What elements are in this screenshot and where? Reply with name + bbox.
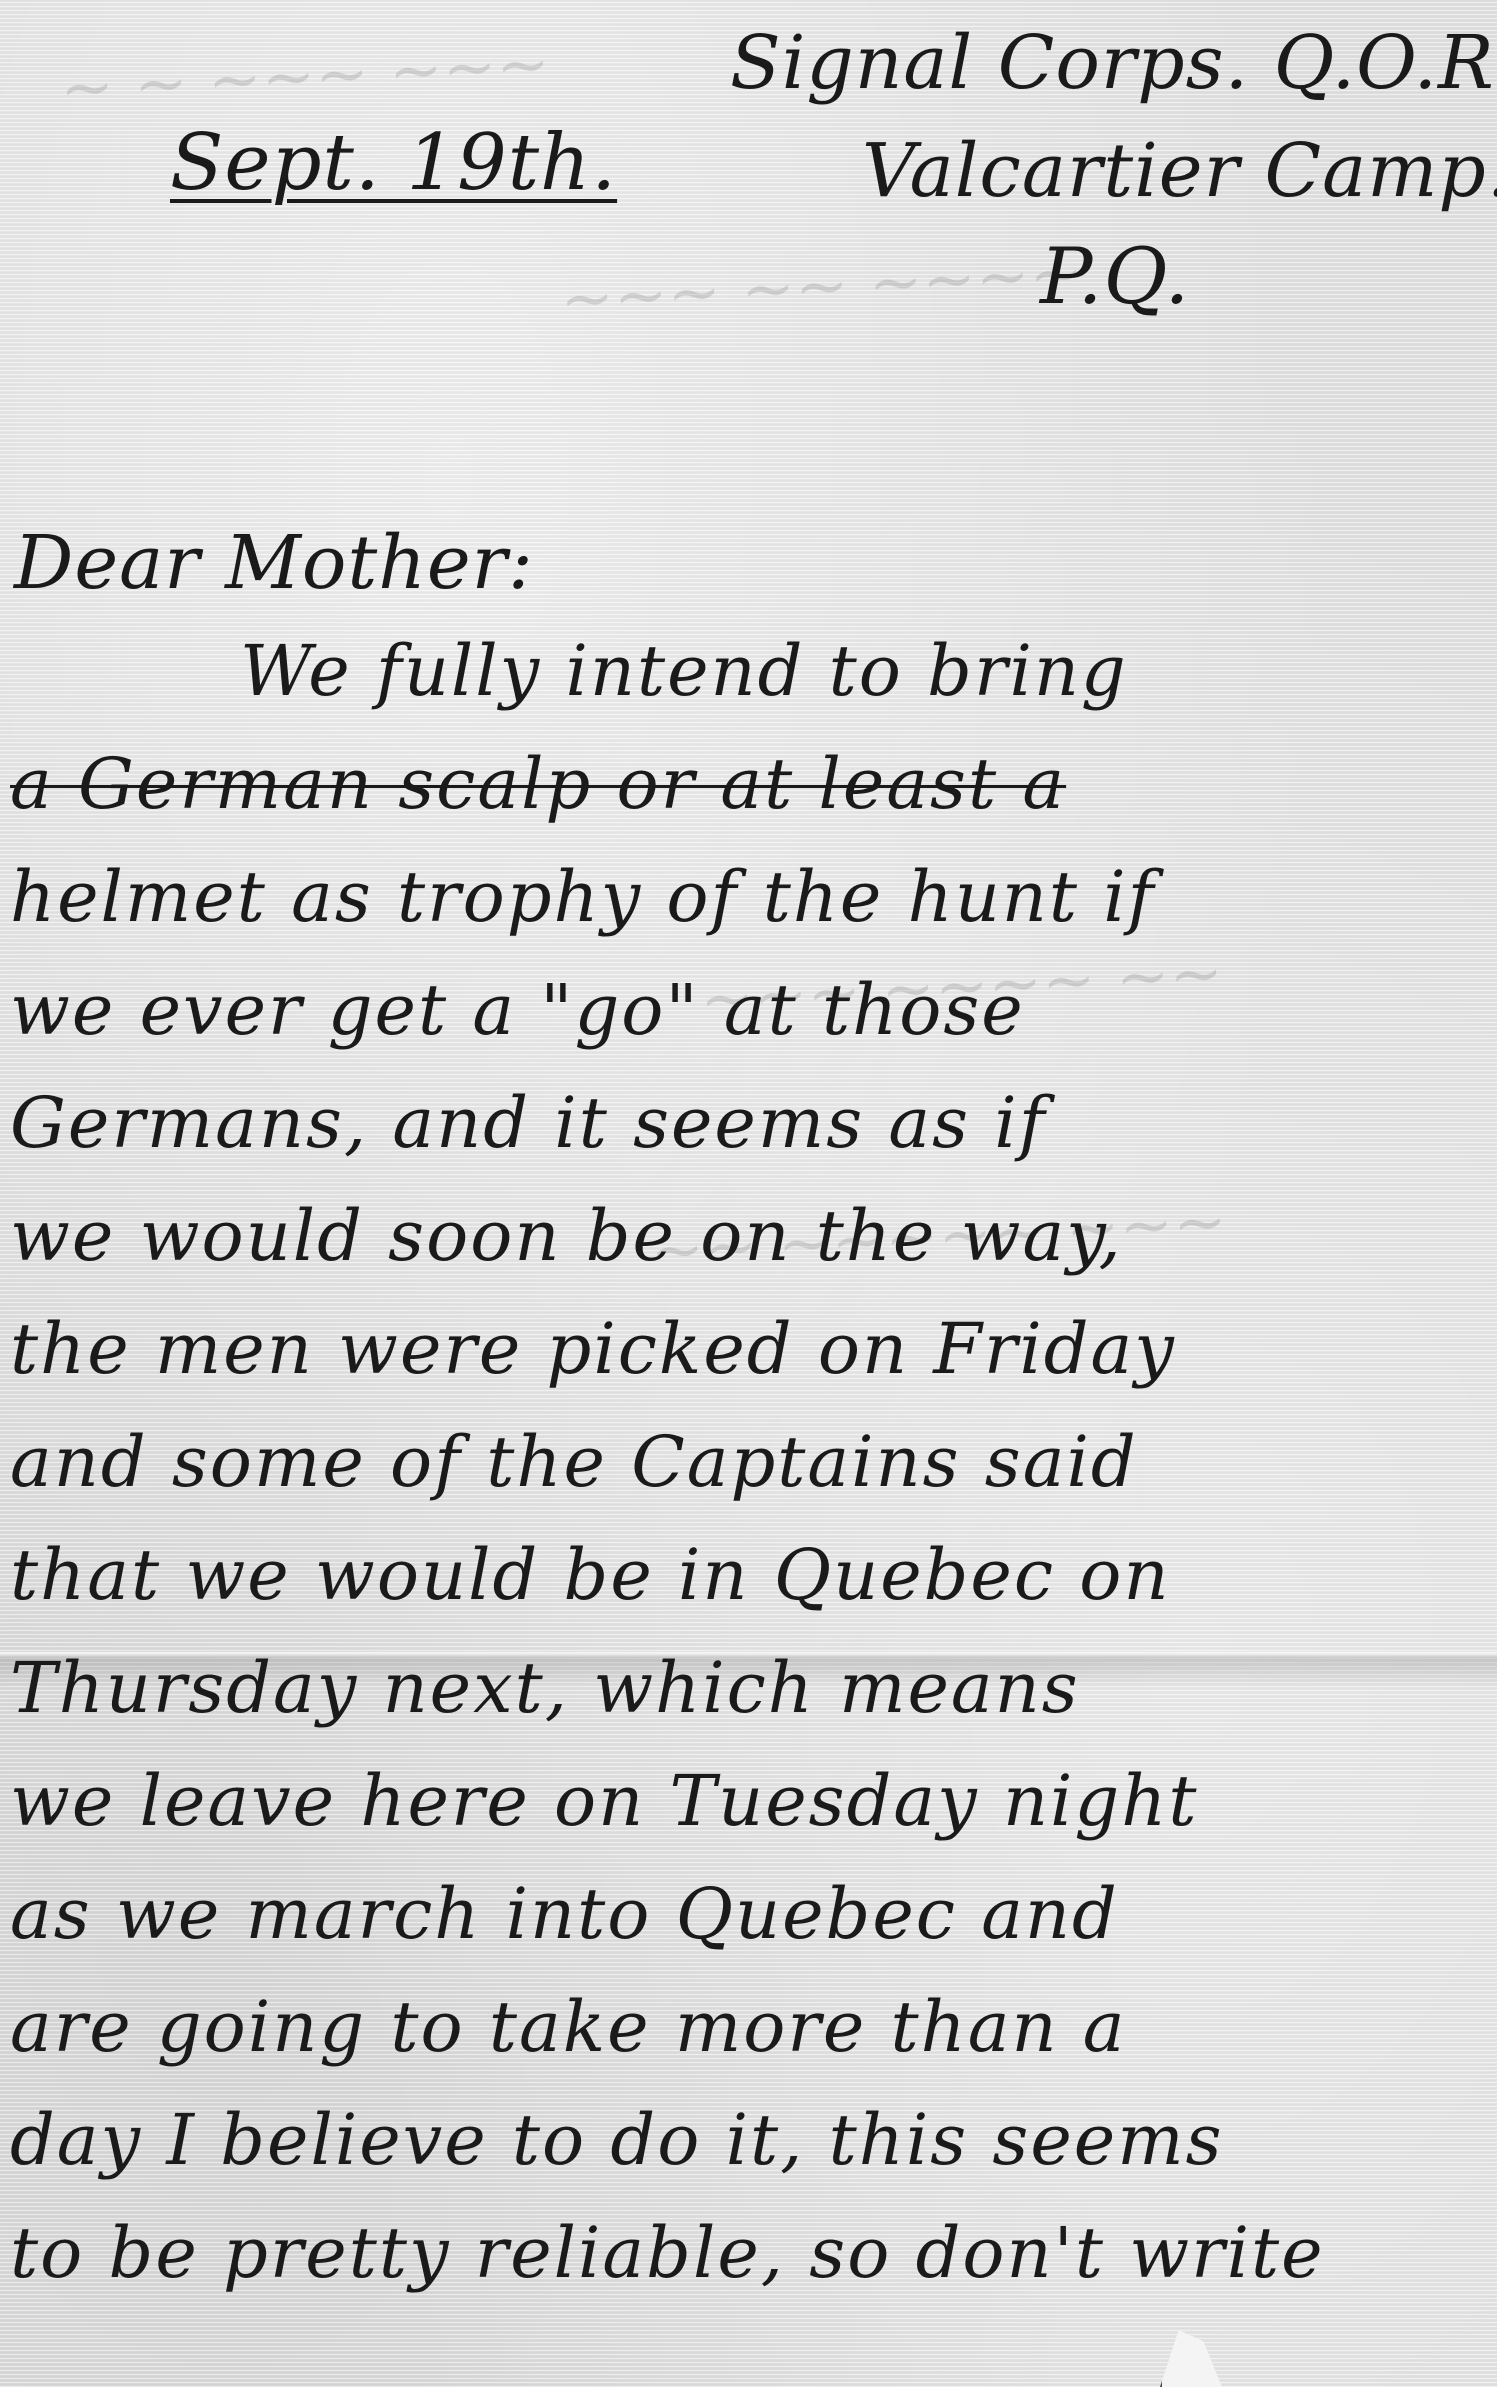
letter-line: we would soon be on the way, [10, 1195, 1123, 1277]
struck-through-line: a German scalp or at least a [10, 743, 1066, 825]
letter-line: are going to take more than a [10, 1986, 1127, 2068]
letter-line: the men were picked on Friday [10, 1308, 1176, 1390]
letter-line: we leave here on Tuesday night [10, 1760, 1198, 1842]
letter-line: and some of the Captains said [10, 1421, 1138, 1503]
letter-line: day I believe to do it, this seems [10, 2099, 1224, 2181]
address-line-3: P.Q. [1040, 232, 1190, 322]
address-line-1: Signal Corps. Q.O.R. [730, 20, 1497, 106]
letter-line: Germans, and it seems as if [10, 1082, 1047, 1164]
address-line-2: Valcartier Camp. [862, 128, 1497, 214]
letter-date: Sept. 19th. [170, 118, 617, 208]
date-text: Sept. 19th. [170, 118, 617, 208]
paper-tear [1160, 2330, 1222, 2387]
letter-line: that we would be in Quebec on [10, 1534, 1171, 1616]
letter-page: ~ ~ ~~~ ~~~ ~~~ ~~ ~~~~ ~~~ ~~~~ ~~ ~~ ~… [0, 0, 1497, 2387]
letter-line: We fully intend to bring [240, 630, 1128, 712]
letter-line: helmet as trophy of the hunt if [10, 856, 1156, 938]
letter-line: as we march into Quebec and [10, 1873, 1119, 1955]
letter-line: Thursday next, which means [10, 1647, 1080, 1729]
salutation: Dear Mother: [14, 520, 534, 606]
letter-line: to be pretty reliable, so don't write [10, 2212, 1325, 2294]
page-edge [1497, 0, 1501, 2387]
bleed-through-text: ~~~ ~~ ~~~~ [558, 236, 1084, 337]
letter-line: we ever get a "go" at those [10, 969, 1025, 1051]
bleed-through-text: ~ ~ ~~~ ~~~ [58, 27, 551, 127]
